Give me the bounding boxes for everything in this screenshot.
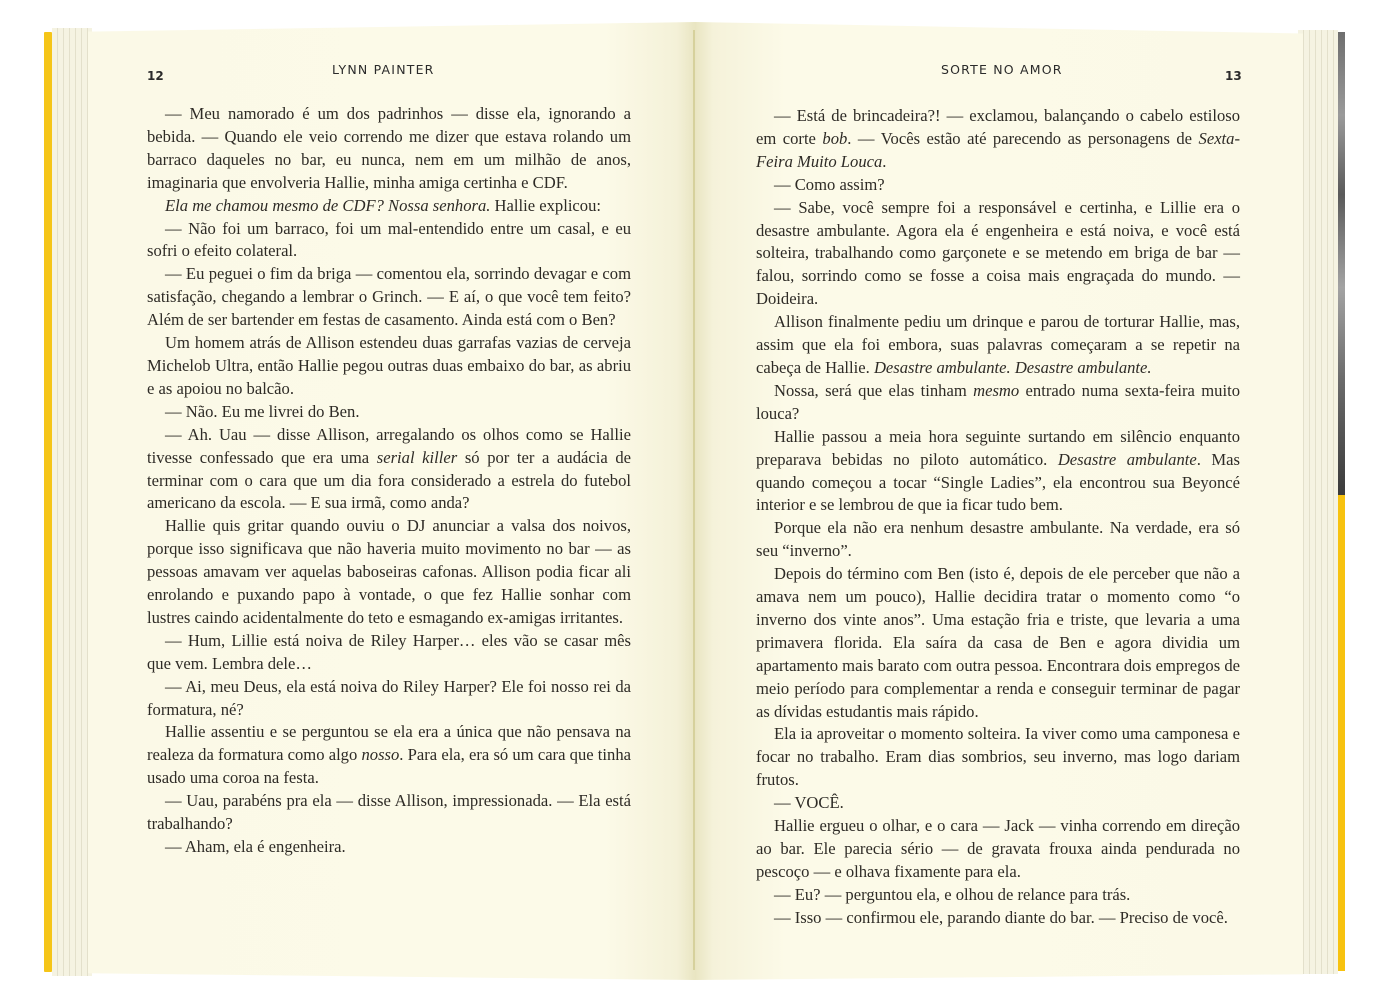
paragraph: Um homem atrás de Allison estendeu duas …	[147, 332, 631, 401]
paragraph: Hallie quis gritar quando ouviu o DJ anu…	[147, 515, 631, 630]
paragraph: — Eu peguei o fim da briga — comentou el…	[147, 263, 631, 332]
paragraph: — Aham, ela é engenheira.	[147, 836, 631, 859]
page-stack-left	[52, 28, 92, 976]
paragraph: — Hum, Lillie está noiva de Riley Harper…	[147, 630, 631, 676]
paragraph: Hallie ergueu o olhar, e o cara — Jack —…	[756, 815, 1240, 884]
paragraph: Hallie passou a meia hora seguinte surta…	[756, 426, 1240, 518]
running-head-title: SORTE NO AMOR	[941, 62, 1063, 77]
paragraph: — Meu namorado é um dos padrinhos — diss…	[147, 103, 631, 195]
page-stack-right	[1298, 30, 1338, 974]
paragraph: — Uau, parabéns pra ela — disse Allison,…	[147, 790, 631, 836]
page-number-left: 12	[147, 69, 164, 83]
paragraph: Hallie assentiu e se perguntou se ela er…	[147, 721, 631, 790]
paragraph: Ela me chamou mesmo de CDF? Nossa senhor…	[147, 195, 631, 218]
paragraph: — Está de brincadeira?! — exclamou, bala…	[756, 105, 1240, 174]
paragraph: Allison finalmente pediu um drinque e pa…	[756, 311, 1240, 380]
paragraph: — Ah. Uau — disse Allison, arregalando o…	[147, 424, 631, 516]
yellow-cover-edge-left	[44, 32, 52, 972]
open-book: 12 LYNN PAINTER SORTE NO AMOR 13 — Meu n…	[0, 0, 1390, 1000]
paragraph: — Não. Eu me livrei do Ben.	[147, 401, 631, 424]
paragraph: — Não foi um barraco, foi um mal-entendi…	[147, 218, 631, 264]
paragraph: Porque ela não era nenhum desastre ambul…	[756, 517, 1240, 563]
running-head-author: LYNN PAINTER	[332, 62, 435, 77]
paragraph: Depois do término com Ben (isto é, depoi…	[756, 563, 1240, 723]
paragraph: — Isso — confirmou ele, parando diante d…	[756, 907, 1240, 930]
page-number-right: 13	[1225, 69, 1242, 83]
paragraph: Ela ia aproveitar o momento solteira. Ia…	[756, 723, 1240, 792]
paragraph: — Como assim?	[756, 174, 1240, 197]
book-spine-gutter	[693, 30, 695, 970]
paragraph: — Eu? — perguntou ela, e olhou de relanc…	[756, 884, 1240, 907]
cover-edge-right-gray	[1338, 32, 1345, 497]
paragraph: Nossa, será que elas tinham mesmo entrad…	[756, 380, 1240, 426]
yellow-cover-edge-right	[1338, 495, 1345, 971]
right-page-body-text: — Está de brincadeira?! — exclamou, bala…	[756, 105, 1240, 930]
left-page-body-text: — Meu namorado é um dos padrinhos — diss…	[147, 103, 631, 859]
paragraph: — Sabe, você sempre foi a responsável e …	[756, 197, 1240, 312]
paragraph: — VOCÊ.	[756, 792, 1240, 815]
paragraph: — Ai, meu Deus, ela está noiva do Riley …	[147, 676, 631, 722]
